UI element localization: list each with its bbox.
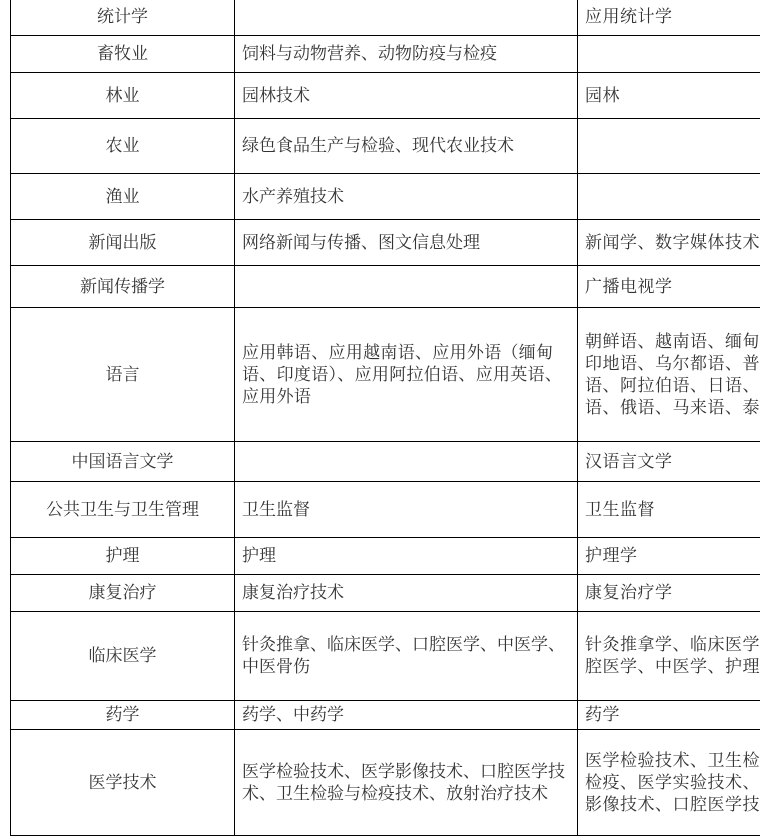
vocational-majors-cell: 水产养殖技术 — [235, 174, 578, 220]
undergraduate-majors-cell: 医学检验技术、卫生检验与检疫、医学实验技术、医学影像技术、口腔医学技术 — [578, 730, 760, 836]
category-cell: 公共卫生与卫生管理 — [11, 482, 235, 538]
table-row: 渔业 水产养殖技术 — [11, 174, 760, 220]
category-cell: 药学 — [11, 701, 235, 730]
table-row: 农业 绿色食品生产与检验、现代农业技术 — [11, 119, 760, 174]
category-cell: 医学技术 — [11, 730, 235, 836]
major-correspondence-table-container: 统计学 应用统计学 畜牧业 饲料与动物营养、动物防疫与检疫 林业 园林技术 园林… — [10, 0, 754, 836]
table-row: 临床医学 针灸推拿、临床医学、口腔医学、中医学、中医骨伤 针灸推拿学、临床医学、… — [11, 612, 760, 701]
table-row: 统计学 应用统计学 — [11, 0, 760, 36]
undergraduate-majors-cell — [578, 36, 760, 73]
undergraduate-majors-cell — [578, 119, 760, 174]
table-row: 公共卫生与卫生管理 卫生监督 卫生监督 — [11, 482, 760, 538]
undergraduate-majors-cell: 应用统计学 — [578, 0, 760, 36]
table-row: 林业 园林技术 园林 — [11, 73, 760, 119]
table-row: 中国语言文学 汉语言文学 — [11, 442, 760, 482]
vocational-majors-cell: 应用韩语、应用越南语、应用外语（缅甸语、印度语）、应用阿拉伯语、应用英语、应用外… — [235, 308, 578, 442]
undergraduate-majors-cell: 广播电视学 — [578, 266, 760, 308]
vocational-majors-cell — [235, 266, 578, 308]
category-cell: 新闻传播学 — [11, 266, 235, 308]
table-body: 统计学 应用统计学 畜牧业 饲料与动物营养、动物防疫与检疫 林业 园林技术 园林… — [11, 0, 760, 836]
vocational-majors-cell: 网络新闻与传播、图文信息处理 — [235, 220, 578, 266]
vocational-majors-cell: 康复治疗技术 — [235, 575, 578, 612]
category-cell: 渔业 — [11, 174, 235, 220]
undergraduate-majors-cell: 药学 — [578, 701, 760, 730]
undergraduate-majors-cell: 朝鲜语、越南语、缅甸语、印地语、乌尔都语、普什图语、阿拉伯语、日语、英语、俄语、… — [578, 308, 760, 442]
table-row: 新闻传播学 广播电视学 — [11, 266, 760, 308]
vocational-majors-cell: 护理 — [235, 538, 578, 575]
table-row: 畜牧业 饲料与动物营养、动物防疫与检疫 — [11, 36, 760, 73]
undergraduate-majors-cell: 汉语言文学 — [578, 442, 760, 482]
category-cell: 林业 — [11, 73, 235, 119]
vocational-majors-cell: 园林技术 — [235, 73, 578, 119]
major-correspondence-table: 统计学 应用统计学 畜牧业 饲料与动物营养、动物防疫与检疫 林业 园林技术 园林… — [10, 0, 760, 836]
vocational-majors-cell: 绿色食品生产与检验、现代农业技术 — [235, 119, 578, 174]
vocational-majors-cell: 医学检验技术、医学影像技术、口腔医学技术、卫生检验与检疫技术、放射治疗技术 — [235, 730, 578, 836]
category-cell: 护理 — [11, 538, 235, 575]
category-cell: 畜牧业 — [11, 36, 235, 73]
table-row: 康复治疗 康复治疗技术 康复治疗学 — [11, 575, 760, 612]
table-row: 语言 应用韩语、应用越南语、应用外语（缅甸语、印度语）、应用阿拉伯语、应用英语、… — [11, 308, 760, 442]
table-row: 新闻出版 网络新闻与传播、图文信息处理 新闻学、数字媒体技术 — [11, 220, 760, 266]
undergraduate-majors-cell: 新闻学、数字媒体技术 — [578, 220, 760, 266]
category-cell: 新闻出版 — [11, 220, 235, 266]
category-cell: 农业 — [11, 119, 235, 174]
vocational-majors-cell — [235, 442, 578, 482]
vocational-majors-cell: 卫生监督 — [235, 482, 578, 538]
vocational-majors-cell: 针灸推拿、临床医学、口腔医学、中医学、中医骨伤 — [235, 612, 578, 701]
undergraduate-majors-cell: 护理学 — [578, 538, 760, 575]
undergraduate-majors-cell: 康复治疗学 — [578, 575, 760, 612]
category-cell: 统计学 — [11, 0, 235, 36]
category-cell: 语言 — [11, 308, 235, 442]
table-row: 药学 药学、中药学 药学 — [11, 701, 760, 730]
undergraduate-majors-cell: 园林 — [578, 73, 760, 119]
vocational-majors-cell — [235, 0, 578, 36]
undergraduate-majors-cell — [578, 174, 760, 220]
category-cell: 中国语言文学 — [11, 442, 235, 482]
category-cell: 临床医学 — [11, 612, 235, 701]
undergraduate-majors-cell: 针灸推拿学、临床医学、口腔医学、中医学、护理学 — [578, 612, 760, 701]
table-row: 护理 护理 护理学 — [11, 538, 760, 575]
vocational-majors-cell: 药学、中药学 — [235, 701, 578, 730]
vocational-majors-cell: 饲料与动物营养、动物防疫与检疫 — [235, 36, 578, 73]
table-row: 医学技术 医学检验技术、医学影像技术、口腔医学技术、卫生检验与检疫技术、放射治疗… — [11, 730, 760, 836]
undergraduate-majors-cell: 卫生监督 — [578, 482, 760, 538]
category-cell: 康复治疗 — [11, 575, 235, 612]
